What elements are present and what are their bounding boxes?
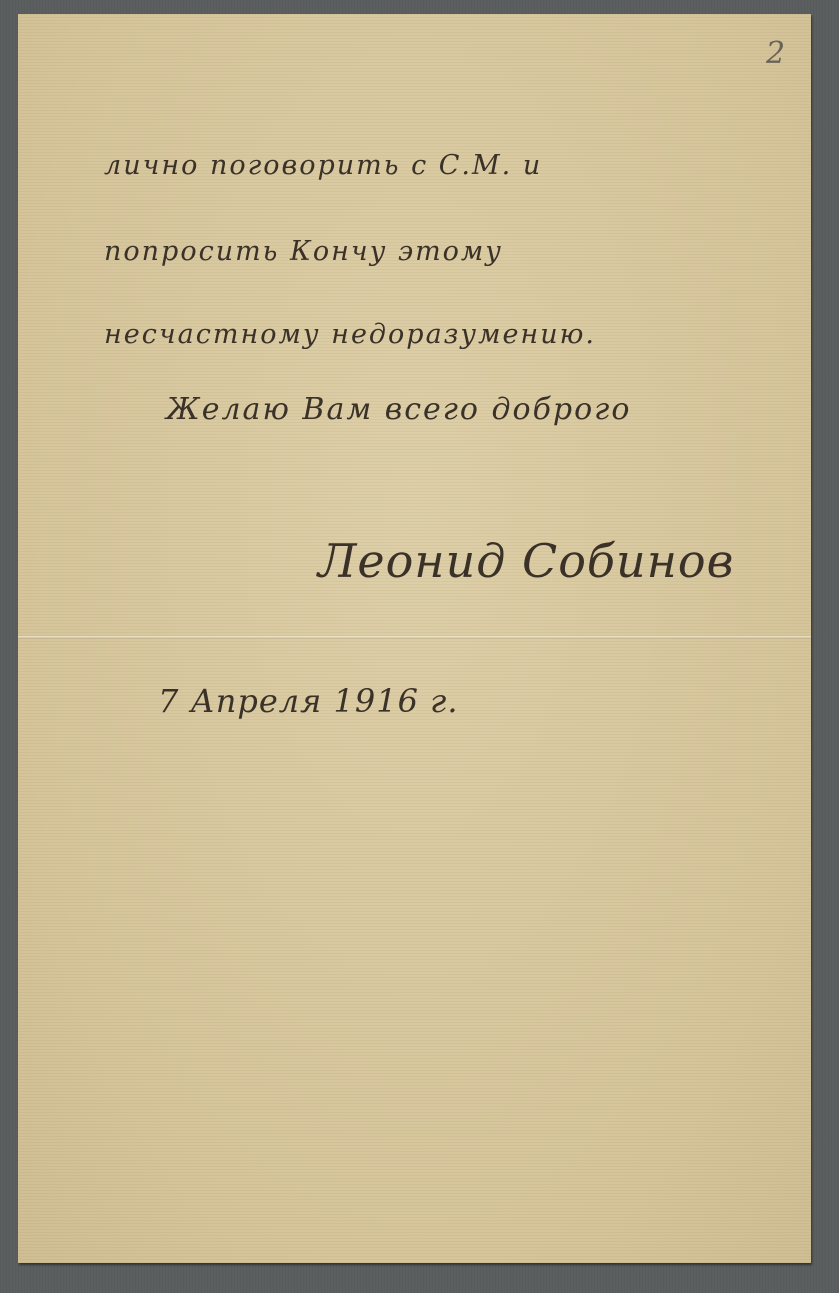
page-number: 2 [766, 36, 785, 71]
date-line: 7 Апреля 1916 г. [158, 682, 458, 720]
signature: Леонид Собинов [318, 534, 734, 588]
closing-line: Желаю Вам всего доброго [166, 392, 631, 427]
paper-fold [18, 636, 811, 639]
body-line-1: лично поговорить с С.М. и [104, 150, 542, 181]
body-line-3: несчастному недоразумению. [104, 319, 596, 350]
body-line-2: попросить Кончу этому [104, 236, 503, 267]
letter-page: 2 лично поговорить с С.М. и попросить Ко… [18, 14, 811, 1263]
